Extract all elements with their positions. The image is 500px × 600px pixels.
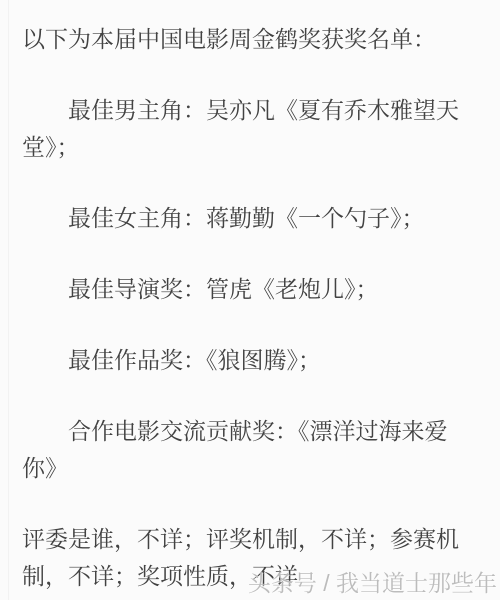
article-page: 以下为本届中国电影周金鹤奖获奖名单： 最佳男主角：吴亦凡《夏有乔木雅望天堂》； …: [0, 0, 500, 600]
award-best-actor: 最佳男主角：吴亦凡《夏有乔木雅望天堂》；: [22, 92, 464, 166]
award-best-director: 最佳导演奖：管虎《老炮儿》；: [22, 271, 464, 308]
page-edge-line: [8, 0, 9, 600]
award-cooperation-contribution: 合作电影交流贡献奖：《漂洋过海来爱你》: [22, 413, 464, 487]
outro-paragraph: 评委是谁，不详；评奖机制，不详；参赛机制，不详；奖项性质，不详: [22, 521, 464, 595]
article-body: 以下为本届中国电影周金鹤奖获奖名单： 最佳男主角：吴亦凡《夏有乔木雅望天堂》； …: [22, 21, 464, 595]
award-best-actress: 最佳女主角：蒋勤勤《一个勺子》；: [22, 200, 464, 237]
award-best-picture: 最佳作品奖：《狼图腾》；: [22, 342, 464, 379]
intro-paragraph: 以下为本届中国电影周金鹤奖获奖名单：: [22, 21, 464, 58]
